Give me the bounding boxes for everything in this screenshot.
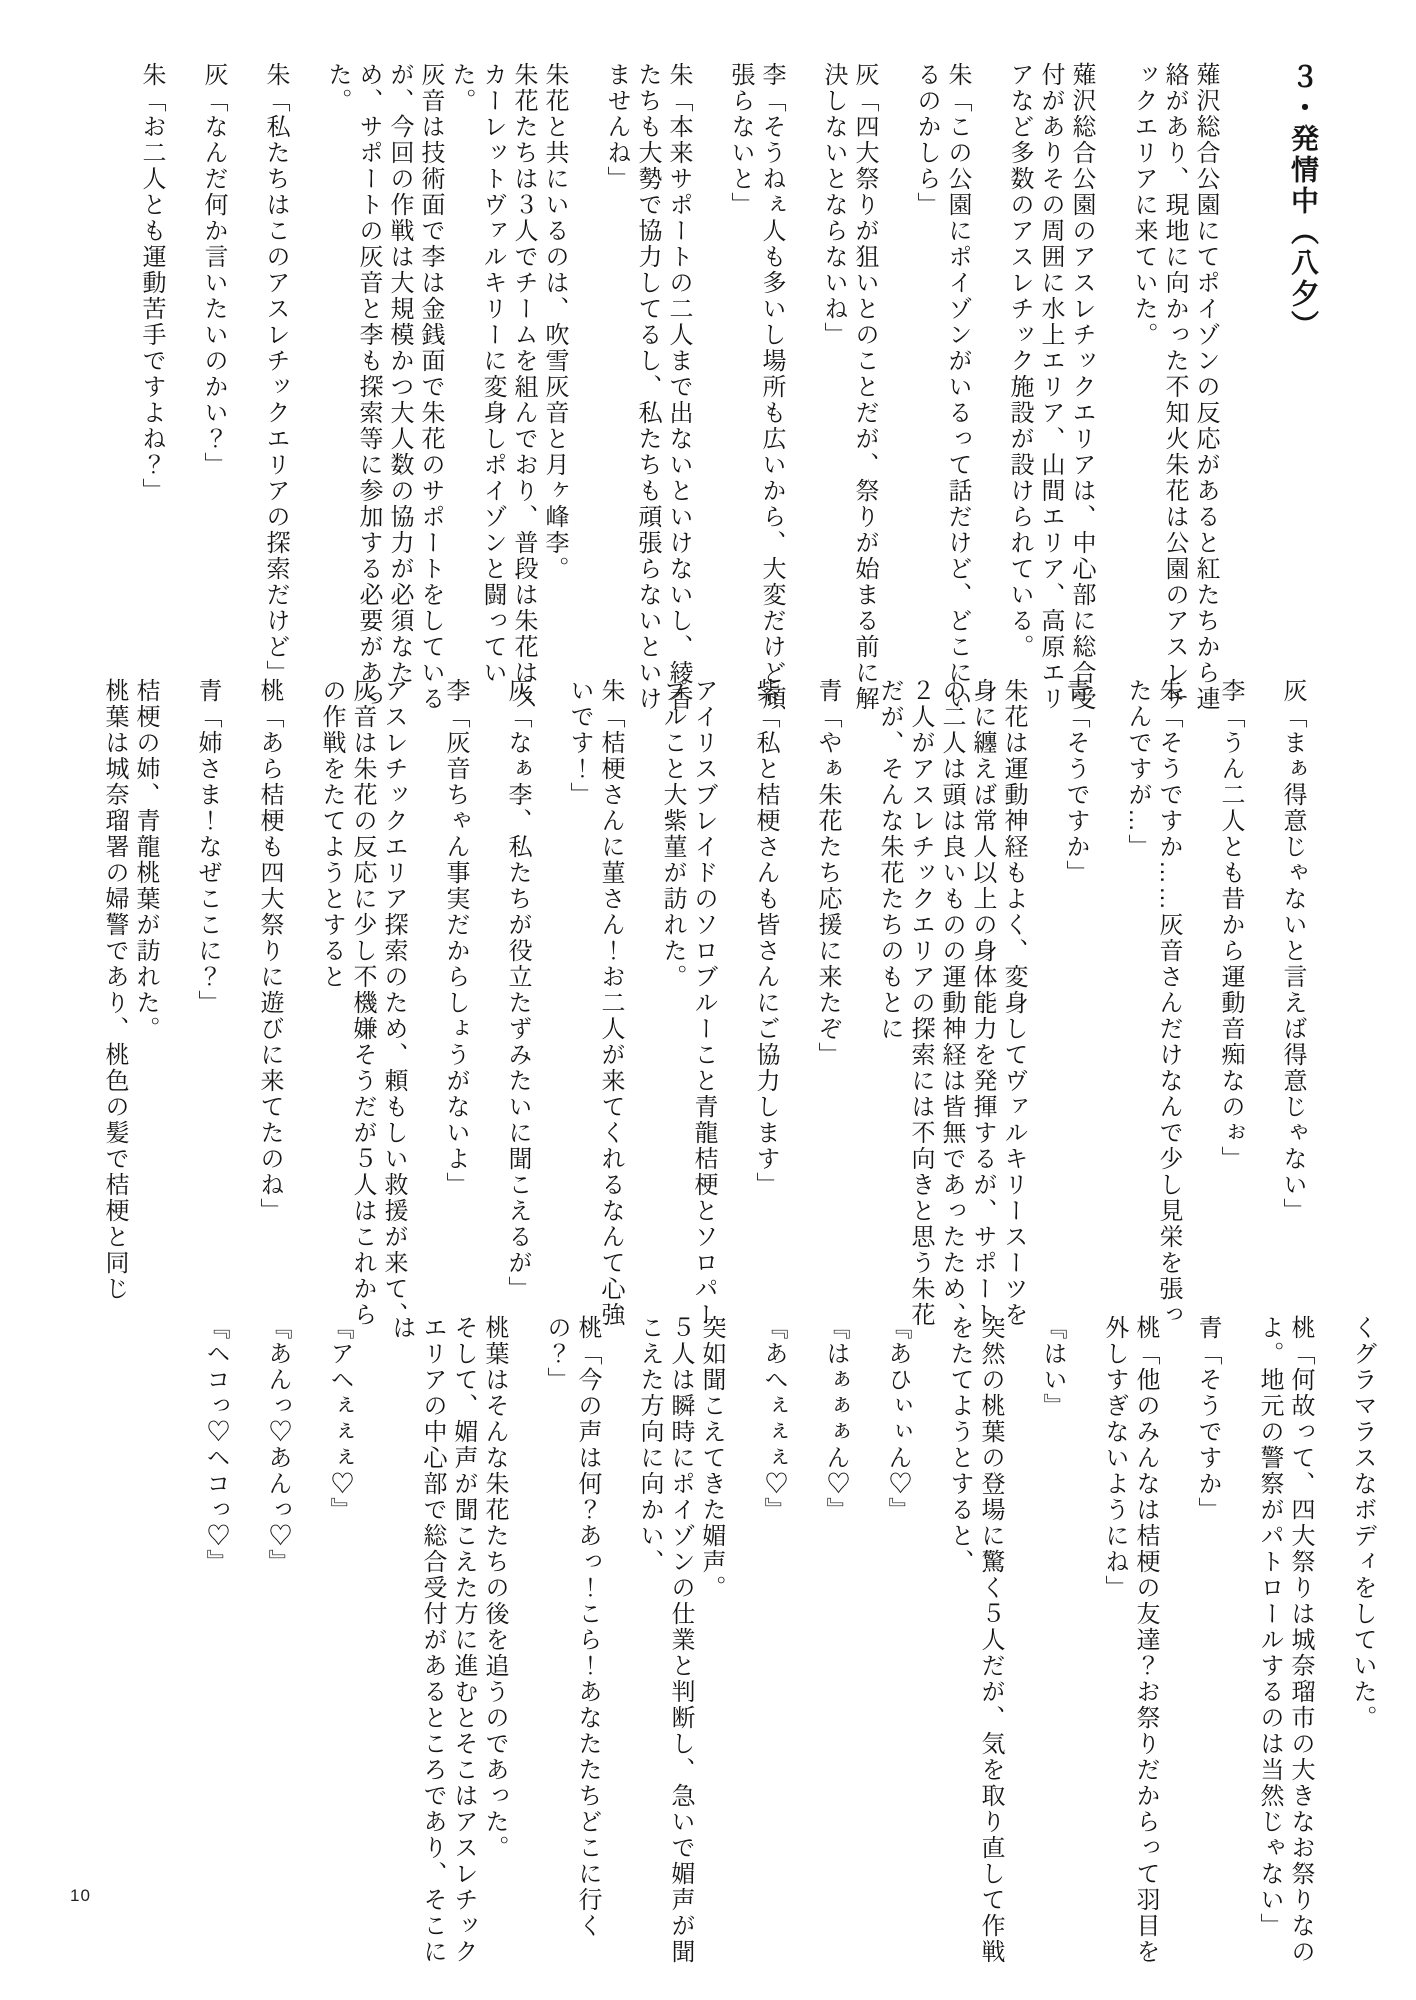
text-block: 青「そうですか」 xyxy=(1060,678,1091,1328)
page-number: 10 xyxy=(70,1886,91,1906)
text-block: 朱「お二人とも運動苦手ですよね？」 xyxy=(136,62,167,712)
text-line: アイリスブレイドのソロブルーこと青龍桔梗とソロパープルこと大紫菫が訪れた。 xyxy=(657,678,719,1328)
text-block: 李「そうねぇ人も多いし場所も広いから、大変だけど頑張らないと」 xyxy=(725,62,787,712)
text-line: 朱花は運動神経もよく、変身してヴァルキリースーツを身に纏えば常人以上の身体能力を… xyxy=(874,678,1029,1328)
text-block: 朱花と共にいるのは、吹雪灰音と月ヶ峰李。朱花たちは３人でチームを組んでおり、普段… xyxy=(322,62,570,712)
text-line: 灰「なんだ何か言いたいのかい？」 xyxy=(198,62,229,712)
text-line: くグラマラスなボディをしていた。 xyxy=(1347,1315,1378,1965)
text-line: 朱「そうですか……灰音さんだけなんで少し見栄を張ったんですが…」 xyxy=(1122,678,1184,1328)
text-block: 『はい』 xyxy=(1037,1315,1068,1965)
text-block: 灰「なんだ何か言いたいのかい？」 xyxy=(198,62,229,712)
text-line: 桃葉は城奈瑠署の婦警であり、桃色の髪で桔梗と同じ xyxy=(99,678,130,1328)
text-block: 『アヘぇぇぇ♡』 xyxy=(324,1315,355,1965)
text-line: ５人は瞬時にポイゾンの仕業と判断し、急いで媚声が聞こえた方向に向かい、 xyxy=(634,1315,696,1965)
text-line: 青「やぁ朱花たち応援に来たぞ」 xyxy=(812,678,843,1328)
text-line: 『あんっ♡あんっ♡』 xyxy=(262,1315,293,1965)
text-block: 朱「私たちはこのアスレチックエリアの探索だけど」 xyxy=(260,62,291,712)
text-line: 桃葉はそんな朱花たちの後を追うのであった。 xyxy=(479,1315,510,1965)
text-block: 李「灰音ちゃん事実だからしょうがないよ」 xyxy=(440,678,471,1328)
text-block: 灰「なぁ李、私たちが役立たずみたいに聞こえるが」 xyxy=(502,678,533,1328)
text-line: 『はい』 xyxy=(1037,1315,1068,1965)
text-block: 灰「まぁ得意じゃないと言えば得意じゃない」 xyxy=(1277,678,1308,1328)
text-block: 桃「あら桔梗も四大祭りに遊びに来てたのね」 xyxy=(254,678,285,1328)
text-block: 桃「今の声は何？あっ！こら！あなたたちどこに行くの？」 xyxy=(541,1315,603,1965)
text-line: 灰「まぁ得意じゃないと言えば得意じゃない」 xyxy=(1277,678,1308,1328)
text-block: アスレチックエリア探索のため、頼もしい救援が来て、灰音は朱花の反応に少し不機嫌そ… xyxy=(316,678,409,1328)
text-line: 朱「お二人とも運動苦手ですよね？」 xyxy=(136,62,167,712)
text-block: 紫「私と桔梗さんも皆さんにご協力します」 xyxy=(750,678,781,1328)
text-line: 桃「何故って、四大祭りは城奈瑠市の大きなお祭りなのよ。地元の警察がパトロールする… xyxy=(1254,1315,1316,1965)
text-line: 桃「あら桔梗も四大祭りに遊びに来てたのね」 xyxy=(254,678,285,1328)
text-block: 桃「何故って、四大祭りは城奈瑠市の大きなお祭りなのよ。地元の警察がパトロールする… xyxy=(1254,1315,1316,1965)
text-line: そして、媚声が聞こえた方に進むとそこはアスレチックエリアの中心部で総合受付がある… xyxy=(386,1315,479,1965)
text-block: 突如聞こえてきた媚声。５人は瞬時にポイゾンの仕業と判断し、急いで媚声が聞こえた方… xyxy=(634,1315,727,1965)
text-block: 薙沢総合公園にてポイゾンの反応があると紅たちから連絡があり、現地に向かった不知火… xyxy=(1128,62,1221,712)
text-line: 桔梗の姉、青龍桃葉が訪れた。 xyxy=(130,678,161,1328)
text-band-1: ３・発情中（八夕） 薙沢総合公園にてポイゾンの反応があると紅たちから連絡があり、… xyxy=(136,62,1378,712)
text-block: 青「やぁ朱花たち応援に来たぞ」 xyxy=(812,678,843,1328)
text-block: 朱「本来サポートの二人まで出ないといけないし、綾香たちも大勢で協力してるし、私た… xyxy=(601,62,694,712)
text-block: 李「うん二人とも昔から運動音痴なのぉ」 xyxy=(1215,678,1246,1328)
text-line: 突如聞こえてきた媚声。 xyxy=(696,1315,727,1965)
text-line: 朱「桔梗さんに菫さん！お二人が来てくれるなんて心強いです！」 xyxy=(564,678,626,1328)
text-block: 『あひぃぃん♡』 xyxy=(882,1315,913,1965)
text-line: アスレチックエリア探索のため、頼もしい救援が来て、灰音は朱花の反応に少し不機嫌そ… xyxy=(316,678,409,1328)
text-block: 朱「この公園にポイゾンがいるって話だけど、どこにいるのかしら」 xyxy=(911,62,973,712)
text-block: 朱「桔梗さんに菫さん！お二人が来てくれるなんて心強いです！」 xyxy=(564,678,626,1328)
text-line: 『ヘコっ♡ヘコっ♡』 xyxy=(200,1315,231,1965)
text-block: 青「姉さま！なぜここに？」 xyxy=(192,678,223,1328)
text-line: 『アヘぇぇぇ♡』 xyxy=(324,1315,355,1965)
text-block: 朱「そうですか……灰音さんだけなんで少し見栄を張ったんですが…」 xyxy=(1122,678,1184,1328)
text-block: 『あへぇぇぇ♡』 xyxy=(758,1315,789,1965)
text-line: 灰「四大祭りが狙いとのことだが、祭りが始まる前に解決しないとならないね」 xyxy=(818,62,880,712)
text-line: 朱花たちは３人でチームを組んでおり、普段は朱花はスカーレットヴァルキリーに変身し… xyxy=(446,62,539,712)
text-block: 突然の桃葉の登場に驚く５人だが、気を取り直して作戦をたてようとすると、 xyxy=(944,1315,1006,1965)
text-line: 『はぁぁぁん♡』 xyxy=(820,1315,851,1965)
text-block: くグラマラスなボディをしていた。 xyxy=(1347,1315,1378,1965)
text-block: 薙沢総合公園のアスレチックエリアは、中心部に総合受付がありその周囲に水上エリア、… xyxy=(1004,62,1097,712)
text-line: 『あひぃぃん♡』 xyxy=(882,1315,913,1965)
text-line: 桃「他のみんなは桔梗の友達？お祭りだからって羽目を外しすぎないようにね」 xyxy=(1099,1315,1161,1965)
section-title: ３・発情中（八夕） xyxy=(1283,62,1323,712)
text-block: 『あんっ♡あんっ♡』 xyxy=(262,1315,293,1965)
text-block: 桔梗の姉、青龍桃葉が訪れた。桃葉は城奈瑠署の婦警であり、桃色の髪で桔梗と同じ xyxy=(99,678,161,1328)
text-line: 『あへぇぇぇ♡』 xyxy=(758,1315,789,1965)
text-block: 青「そうですか」 xyxy=(1192,1315,1223,1965)
text-block: 灰「四大祭りが狙いとのことだが、祭りが始まる前に解決しないとならないね」 xyxy=(818,62,880,712)
text-line: 朱「この公園にポイゾンがいるって話だけど、どこにいるのかしら」 xyxy=(911,62,973,712)
text-block: 朱花は運動神経もよく、変身してヴァルキリースーツを身に纏えば常人以上の身体能力を… xyxy=(874,678,1029,1328)
text-band-3: くグラマラスなボディをしていた。桃「何故って、四大祭りは城奈瑠市の大きなお祭りな… xyxy=(200,1315,1378,1965)
text-line: 灰音は技術面で李は金銭面で朱花のサポートをしているが、今回の作戦は大規模かつ大人… xyxy=(322,62,446,712)
text-line: 李「うん二人とも昔から運動音痴なのぉ」 xyxy=(1215,678,1246,1328)
text-block: 桃「他のみんなは桔梗の友達？お祭りだからって羽目を外しすぎないようにね」 xyxy=(1099,1315,1161,1965)
text-block: アイリスブレイドのソロブルーこと青龍桔梗とソロパープルこと大紫菫が訪れた。 xyxy=(657,678,719,1328)
text-line: 朱「私たちはこのアスレチックエリアの探索だけど」 xyxy=(260,62,291,712)
text-line: 紫「私と桔梗さんも皆さんにご協力します」 xyxy=(750,678,781,1328)
text-line: 青「姉さま！なぜここに？」 xyxy=(192,678,223,1328)
text-line: 青「そうですか」 xyxy=(1060,678,1091,1328)
novel-page: ３・発情中（八夕） 薙沢総合公園にてポイゾンの反応があると紅たちから連絡があり、… xyxy=(0,0,1416,2000)
text-band-2: 灰「まぁ得意じゃないと言えば得意じゃない」李「うん二人とも昔から運動音痴なのぉ」… xyxy=(99,678,1378,1328)
text-line: 薙沢総合公園にてポイゾンの反応があると紅たちから連絡があり、現地に向かった不知火… xyxy=(1128,62,1221,712)
text-line: 突然の桃葉の登場に驚く５人だが、気を取り直して作戦をたてようとすると、 xyxy=(944,1315,1006,1965)
text-block: 『はぁぁぁん♡』 xyxy=(820,1315,851,1965)
text-block: 『ヘコっ♡ヘコっ♡』 xyxy=(200,1315,231,1965)
text-line: 薙沢総合公園のアスレチックエリアは、中心部に総合受付がありその周囲に水上エリア、… xyxy=(1004,62,1097,712)
text-line: 青「そうですか」 xyxy=(1192,1315,1223,1965)
text-line: 桃「今の声は何？あっ！こら！あなたたちどこに行くの？」 xyxy=(541,1315,603,1965)
text-line: 李「そうねぇ人も多いし場所も広いから、大変だけど頑張らないと」 xyxy=(725,62,787,712)
text-block: 桃葉はそんな朱花たちの後を追うのであった。そして、媚声が聞こえた方に進むとそこは… xyxy=(386,1315,510,1965)
text-line: 李「灰音ちゃん事実だからしょうがないよ」 xyxy=(440,678,471,1328)
text-line: 灰「なぁ李、私たちが役立たずみたいに聞こえるが」 xyxy=(502,678,533,1328)
text-line: 朱「本来サポートの二人まで出ないといけないし、綾香たちも大勢で協力してるし、私た… xyxy=(601,62,694,712)
text-line: 朱花と共にいるのは、吹雪灰音と月ヶ峰李。 xyxy=(539,62,570,712)
